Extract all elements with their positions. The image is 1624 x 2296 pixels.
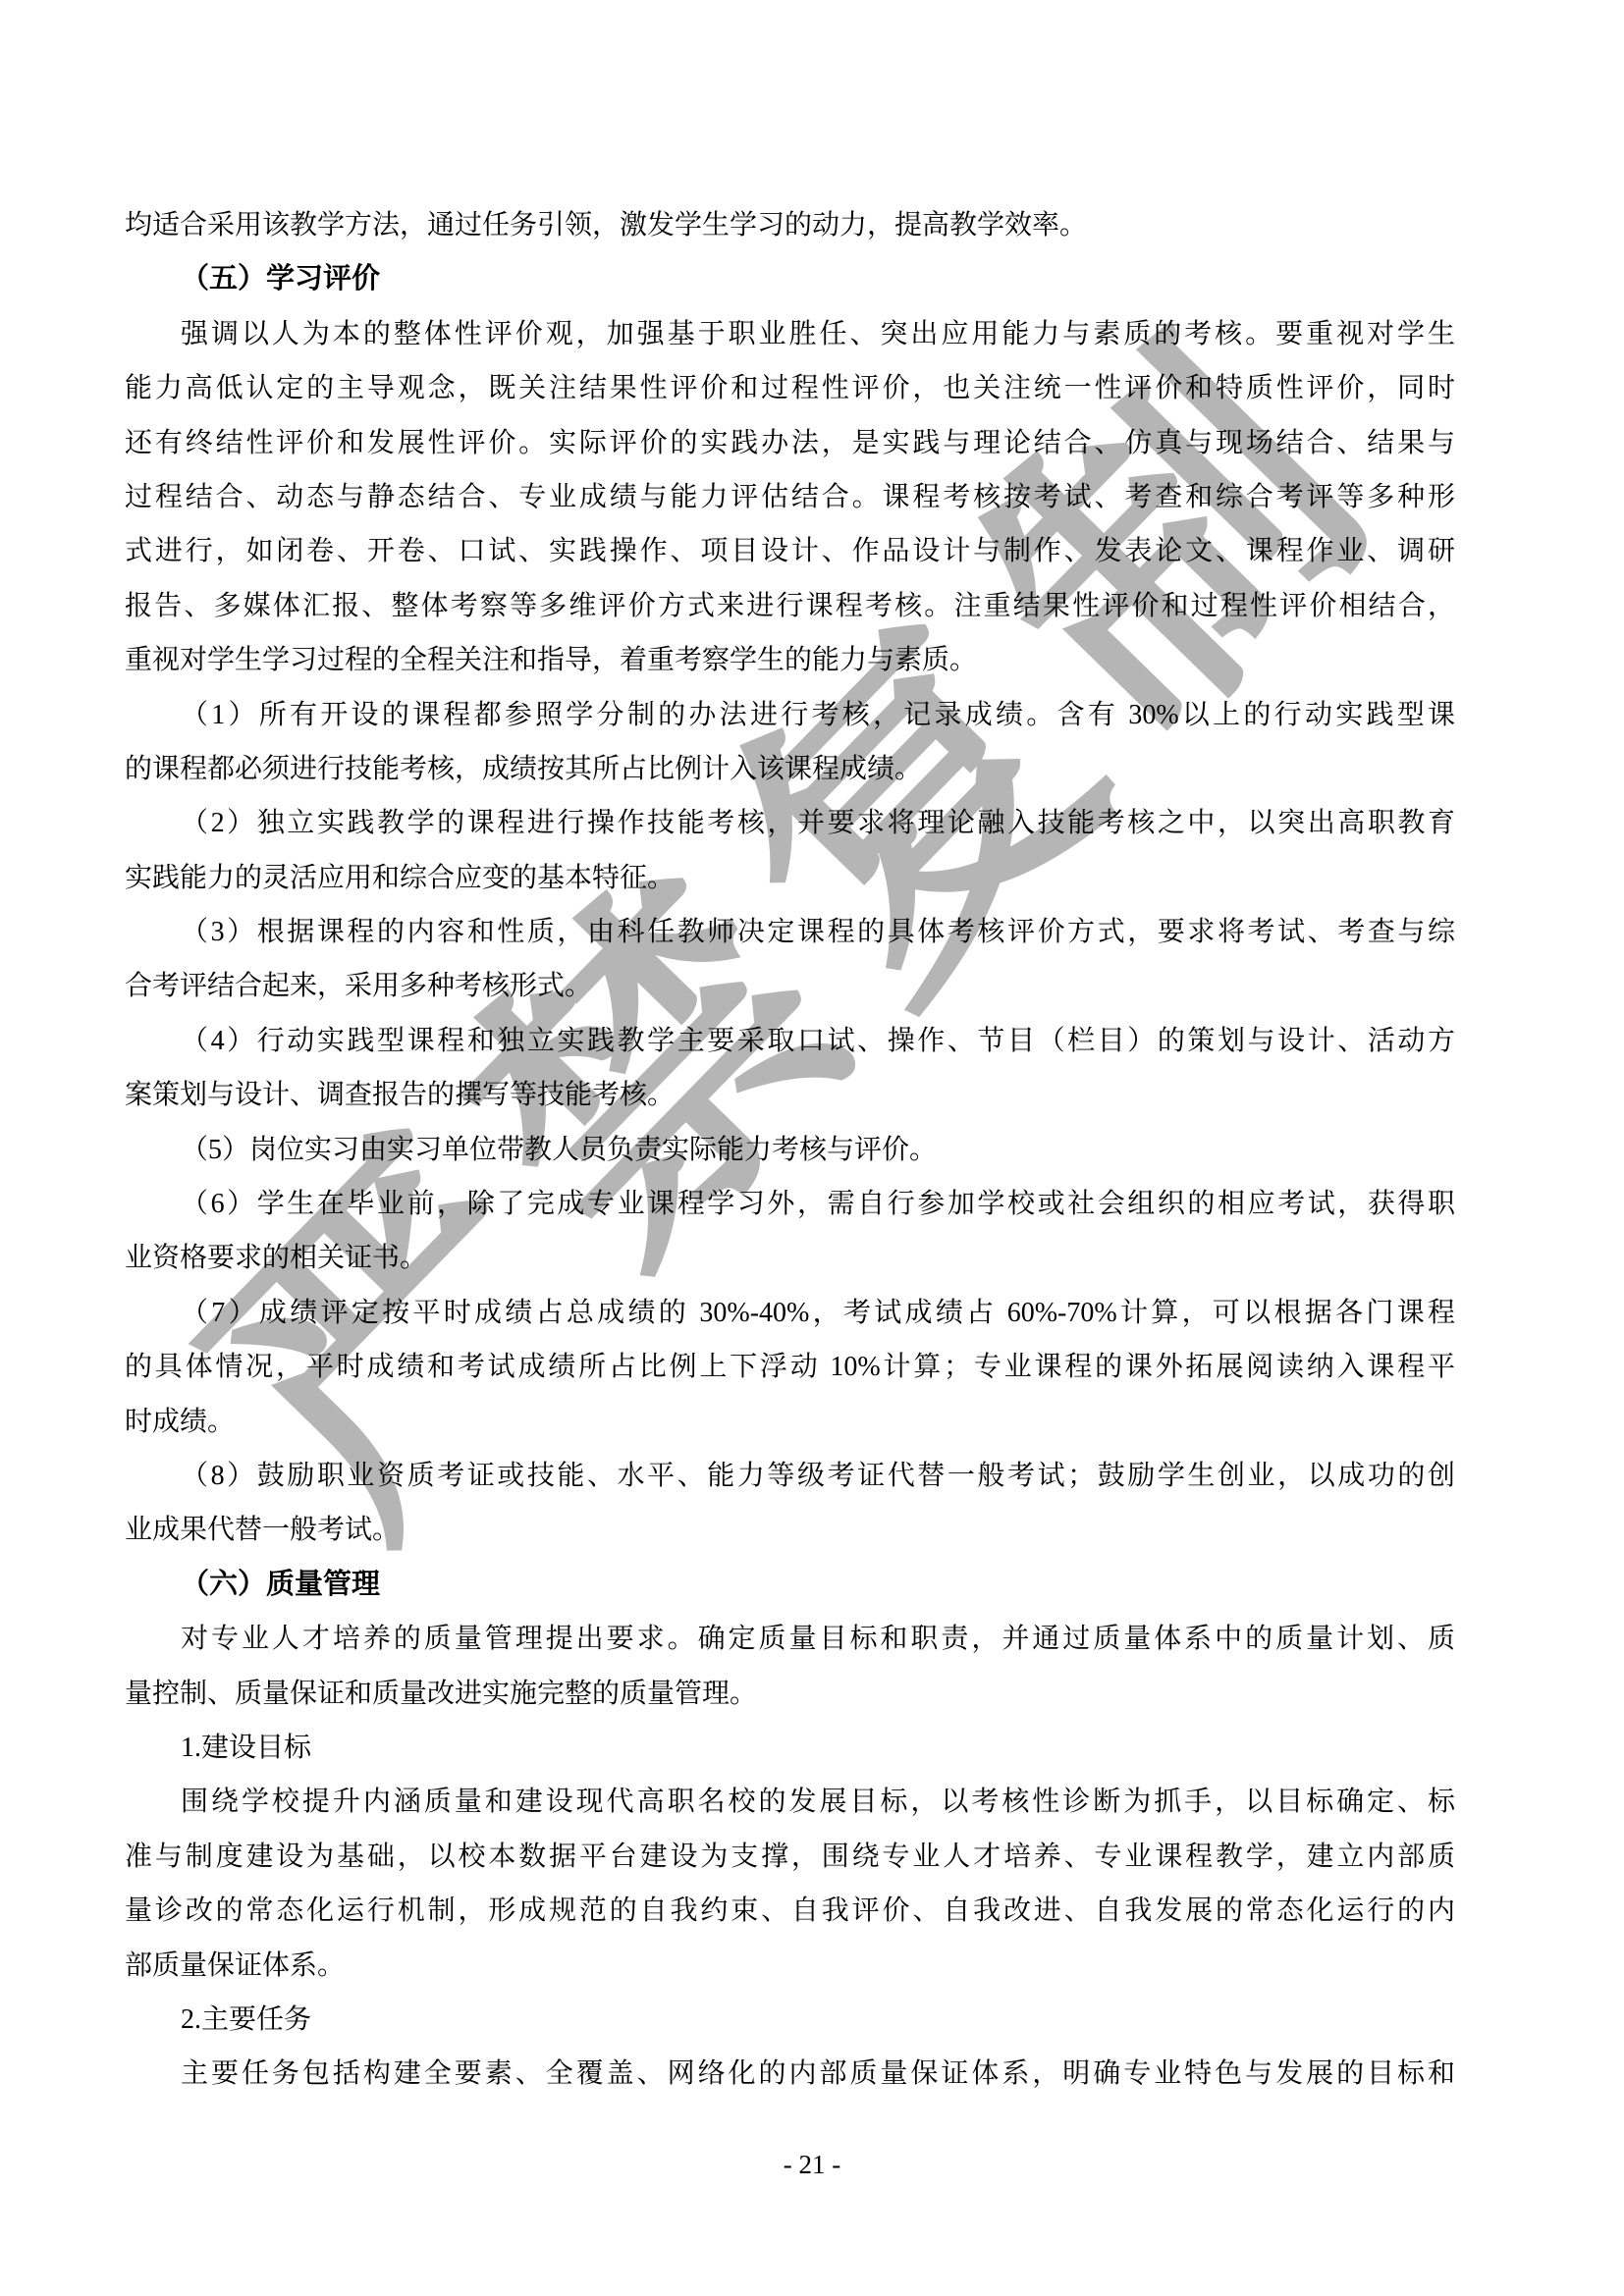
section-heading: （五）学习评价 — [125, 252, 1455, 306]
text-line: 业资格要求的相关证书。 — [125, 1231, 1455, 1285]
text-line: 业成果代替一般考试。 — [125, 1503, 1455, 1557]
text-line: 2.主要任务 — [125, 1993, 1455, 2047]
text-line: 合考评结合起来，采用多种考核形式。 — [125, 959, 1455, 1013]
text-line: 围绕学校提升内涵质量和建设现代高职名校的发展目标，以考核性诊断为抓手，以目标确定… — [125, 1775, 1455, 1829]
text-line: 报告、多媒体汇报、整体考察等多维评价方式来进行课程考核。注重结果性评价和过程性评… — [125, 579, 1455, 633]
text-line: 实践能力的灵活应用和综合应变的基本特征。 — [125, 851, 1455, 905]
text-line: （4）行动实践型课程和独立实践教学主要采取口试、操作、节目（栏目）的策划与设计、… — [125, 1014, 1455, 1068]
text-line: 部质量保证体系。 — [125, 1939, 1455, 1993]
text-line: 主要任务包括构建全要素、全覆盖、网络化的内部质量保证体系，明确专业特色与发展的目… — [125, 2047, 1455, 2101]
text-line: 对专业人才培养的质量管理提出要求。确定质量目标和职责，并通过质量体系中的质量计划… — [125, 1612, 1455, 1666]
text-line: 的课程都必须进行技能考核，成绩按其所占比例计入该课程成绩。 — [125, 742, 1455, 796]
text-line: （1）所有开设的课程都参照学分制的办法进行考核，记录成绩。含有 30%以上的行动… — [125, 688, 1455, 742]
text-line: 量诊改的常态化运行机制，形成规范的自我约束、自我评价、自我改进、自我发展的常态化… — [125, 1884, 1455, 1938]
text-line: 案策划与设计、调查报告的撰写等技能考核。 — [125, 1068, 1455, 1122]
text-line: 能力高低认定的主导观念，既关注结果性评价和过程性评价，也关注统一性评价和特质性评… — [125, 361, 1455, 415]
document-page: 严禁复制 均适合采用该教学方法，通过任务引领，激发学生学习的动力，提高教学效率。… — [0, 0, 1624, 2296]
text-line: 准与制度建设为基础，以校本数据平台建设为支撑，围绕专业人才培养、专业课程教学，建… — [125, 1830, 1455, 1884]
text-line: （5）岗位实习由实习单位带教人员负责实际能力考核与评价。 — [125, 1123, 1455, 1177]
text-line: 强调以人为本的整体性评价观，加强基于职业胜任、突出应用能力与素质的考核。要重视对… — [125, 307, 1455, 361]
text-line: （7）成绩评定按平时成绩占总成绩的 30%-40%，考试成绩占 60%-70%计… — [125, 1286, 1455, 1340]
document-content: 均适合采用该教学方法，通过任务引领，激发学生学习的动力，提高教学效率。（五）学习… — [125, 198, 1455, 2102]
text-line: 时成绩。 — [125, 1395, 1455, 1449]
text-line: （2）独立实践教学的课程进行操作技能考核，并要求将理论融入技能考核之中，以突出高… — [125, 796, 1455, 850]
text-line: 1.建设目标 — [125, 1721, 1455, 1775]
text-line: 量控制、质量保证和质量改进实施完整的质量管理。 — [125, 1667, 1455, 1721]
section-heading: （六）质量管理 — [125, 1558, 1455, 1612]
text-line: 均适合采用该教学方法，通过任务引领，激发学生学习的动力，提高教学效率。 — [125, 198, 1455, 252]
text-line: （6）学生在毕业前，除了完成专业课程学习外，需自行参加学校或社会组织的相应考试，… — [125, 1177, 1455, 1231]
text-line: 的具体情况，平时成绩和考试成绩所占比例上下浮动 10%计算；专业课程的课外拓展阅… — [125, 1340, 1455, 1394]
text-line: 式进行，如闭卷、开卷、口试、实践操作、项目设计、作品设计与制作、发表论文、课程作… — [125, 524, 1455, 578]
text-line: 还有终结性评价和发展性评价。实际评价的实践办法，是实践与理论结合、仿真与现场结合… — [125, 416, 1455, 470]
text-line: （8）鼓励职业资质考证或技能、水平、能力等级考证代替一般考试；鼓励学生创业，以成… — [125, 1449, 1455, 1503]
text-line: 重视对学生学习过程的全程关注和指导，着重考察学生的能力与素质。 — [125, 633, 1455, 687]
page-number: - 21 - — [0, 2148, 1624, 2181]
text-line: （3）根据课程的内容和性质，由科任教师决定课程的具体考核评价方式，要求将考试、考… — [125, 905, 1455, 959]
text-line: 过程结合、动态与静态结合、专业成绩与能力评估结合。课程考核按考试、考查和综合考评… — [125, 470, 1455, 524]
